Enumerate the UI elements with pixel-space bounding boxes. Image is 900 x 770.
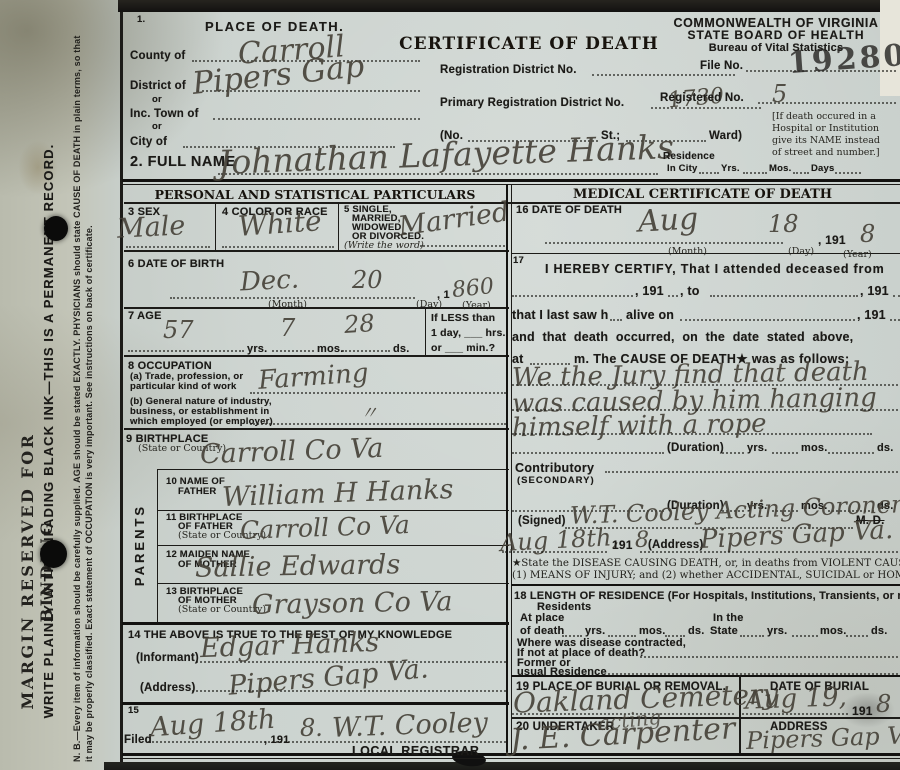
dotted-line — [793, 172, 809, 174]
dotted-line — [828, 452, 874, 454]
hospital-note-line4: of street and number.] — [772, 148, 880, 158]
undertaker-signature: J. E. Carpenter — [509, 714, 736, 756]
rule — [506, 184, 508, 753]
father-name-value: William H Hanks — [222, 476, 454, 511]
dob-month-value: Dec. — [239, 266, 299, 295]
filed-registrar-signature: W.T. Cooley — [332, 709, 489, 741]
age-less-note-2: 1 day, ___ hrs. — [431, 327, 506, 339]
rule — [124, 307, 509, 309]
hospital-note-line2: Hospital or Institution — [772, 124, 879, 134]
item-1-number: 1. — [137, 15, 145, 26]
rule — [157, 469, 158, 622]
margin-nb-text: N. B.—Every item of information should b… — [72, 27, 95, 762]
rule — [120, 12, 123, 762]
dotted-line — [740, 635, 764, 637]
dotted-line — [250, 423, 506, 425]
certify-line-4: and that death occurred, on the date sta… — [512, 330, 853, 344]
date-of-death-month: Aug — [637, 204, 699, 237]
age-yrs-label: yrs. — [247, 343, 267, 356]
mother-birthplace-value: Grayson Co Va — [252, 588, 453, 618]
dob-day-value: 20 — [352, 268, 383, 292]
duration1-ds: ds. — [877, 442, 894, 455]
date-of-death-year: 8 — [860, 222, 875, 246]
filed-year-value: 8. — [300, 716, 323, 740]
state-label: State — [710, 625, 738, 638]
dotted-line — [743, 172, 767, 174]
personal-section-title: PERSONAL AND STATISTICAL PARTICULARS — [150, 187, 480, 202]
rule — [122, 758, 900, 759]
dotted-line — [608, 673, 898, 675]
certify-alive-on: alive on — [626, 308, 674, 322]
dotted-line — [722, 452, 744, 454]
hospital-note-line1: [If death occured in a — [772, 112, 876, 122]
marital-value: Married — [397, 198, 511, 240]
dotted-line — [640, 551, 898, 553]
rule — [338, 202, 339, 250]
burial-year-value: 8 — [876, 692, 891, 716]
dod-month-caption: (Month) — [668, 247, 707, 257]
or-label: or — [152, 122, 162, 133]
duration1-mos: mos. — [801, 442, 827, 455]
dob-month-caption: (Month) — [268, 300, 307, 310]
color-race-value: White — [237, 207, 322, 241]
rule — [124, 428, 509, 430]
dotted-line — [545, 242, 783, 244]
dotted-line — [512, 433, 872, 435]
father-birthplace-value: Carroll Co Va — [240, 512, 410, 543]
medical-section-title: MEDICAL CERTIFICATE OF DEATH — [560, 187, 845, 202]
dotted-line — [792, 635, 818, 637]
rule — [122, 702, 509, 705]
filed-date-value: Aug 18th — [149, 706, 276, 742]
dotted-line — [592, 74, 735, 76]
occupation-a-label-2: particular kind of work — [130, 382, 236, 393]
dotted-line — [148, 741, 506, 743]
date-of-birth-label: 6 DATE OF BIRTH — [128, 258, 224, 271]
registered-no-value: 5 — [772, 82, 787, 106]
dotted-line — [772, 452, 798, 454]
dob-year-printed: , 1 — [437, 289, 450, 302]
age-label: 7 AGE — [128, 310, 162, 323]
informant-value: Edgar Hanks — [200, 629, 380, 662]
dotted-line — [128, 350, 244, 352]
rule — [124, 250, 509, 252]
signed-year-value: 8 — [635, 530, 649, 552]
certify-to: , to — [680, 284, 700, 298]
district-label: District of — [130, 80, 186, 93]
residence-yrs1: yrs. — [585, 625, 605, 638]
cause-of-death-line3: himself with a rope — [512, 411, 767, 441]
dotted-line — [710, 295, 858, 297]
informant-label: (Informant) — [136, 652, 199, 665]
footnote-line1: ★State the DISEASE CAUSING DEATH, or, in… — [512, 557, 900, 569]
dotted-line — [342, 350, 390, 352]
footnote-line2: (1) MEANS OF INJURY; and (2) whether ACC… — [512, 569, 900, 581]
residence-ds2: ds. — [871, 625, 888, 638]
death-certificate-scan: MARGIN RESERVED FOR BINDING WRITE PLAINL… — [0, 0, 900, 770]
date-of-death-day: 18 — [768, 212, 799, 236]
occupation-b-ditto: 〃 — [360, 405, 378, 423]
inc-town-label: Inc. Town of — [130, 108, 199, 121]
item-17-number: 17 — [513, 256, 524, 267]
certify-191-c: , 191 — [857, 308, 886, 322]
residence-yrs2: yrs. — [767, 625, 787, 638]
age-mos-label: mos. — [317, 343, 343, 356]
age-years-value: 57 — [163, 318, 194, 342]
dotted-line — [126, 246, 210, 248]
at-place-label: At place — [520, 612, 564, 625]
dotted-line — [420, 245, 505, 247]
dotted-line — [605, 471, 898, 473]
parents-vertical-label: PARENTS — [133, 495, 148, 595]
of-death-label: of death — [520, 625, 564, 638]
contributory-label: Contributory — [515, 461, 594, 475]
in-the-label: In the — [713, 612, 744, 625]
dotted-line — [222, 246, 334, 248]
residence-mos-label: Mos. — [769, 164, 791, 175]
sex-value: Male — [116, 212, 186, 243]
duration-label-1: (Duration) — [667, 442, 724, 455]
informant-address-label: (Address) — [140, 682, 195, 695]
dotted-line — [502, 551, 607, 553]
residence-days-label: Days — [811, 164, 835, 175]
registration-district-label: Registration District No. — [440, 64, 577, 77]
residence-label: Residence — [663, 151, 715, 163]
dotted-line — [742, 713, 848, 715]
city-label: City of — [130, 136, 167, 149]
residence-mos1: mos. — [639, 625, 665, 638]
file-no-label: File No. — [700, 60, 743, 73]
dotted-line — [250, 392, 506, 394]
age-less-note-3: or ___ min.? — [431, 342, 495, 354]
bottom-photo-edge — [104, 762, 900, 770]
dotted-line — [680, 319, 855, 321]
certify-line-3: that I last saw h — [512, 308, 608, 322]
rule — [124, 202, 900, 204]
age-ds-label: ds. — [393, 343, 410, 356]
full-name-value: Johnathan Lafayette Hanks — [218, 130, 675, 179]
dod-day-caption: (Day) — [788, 247, 814, 257]
undertaker-address-value: Pipers Gap Va — [746, 723, 900, 753]
age-months-value: 7 — [280, 316, 295, 340]
dotted-line — [610, 319, 622, 321]
rule — [122, 622, 509, 625]
certify-line-1: I HEREBY CERTIFY, That I attended deceas… — [545, 262, 885, 276]
rule — [511, 184, 512, 753]
age-less-note-1: If LESS than — [431, 312, 495, 324]
dotted-line — [512, 452, 664, 454]
burial-date-value: Aug 19, — [745, 684, 848, 714]
marital-write-word: (Write the word) — [344, 241, 424, 251]
signed-year-printed: 191 — [612, 539, 633, 553]
mother-maiden-value: Sallie Edwards — [195, 551, 401, 582]
dotted-line — [512, 295, 633, 297]
dob-year-caption: (Year) — [462, 301, 491, 311]
residence-yrs-label: Yrs. — [721, 164, 740, 175]
local-registrar-label: LOCAL REGISTRAR — [352, 744, 479, 758]
rule — [157, 545, 509, 546]
primary-registration-label: Primary Registration District No. — [440, 97, 624, 110]
age-days-value: 28 — [343, 311, 375, 337]
dotted-line — [835, 172, 861, 174]
dotted-line — [890, 319, 900, 321]
dotted-line — [668, 295, 678, 297]
father-name-label-2: FATHER — [178, 487, 217, 498]
duration1-yrs: yrs. — [747, 442, 767, 455]
dotted-line — [192, 690, 506, 692]
dotted-line — [213, 118, 420, 120]
date-of-death-label: 16 DATE OF DEATH — [516, 204, 622, 217]
burial-year-printed: 191 — [852, 705, 873, 719]
hospital-note-line3: give its NAME instead — [772, 136, 880, 146]
or-label: or — [152, 95, 162, 106]
item-15-number: 15 — [128, 706, 139, 717]
certify-191-b: , 191 — [860, 284, 889, 298]
dotted-line — [699, 172, 719, 174]
in-city-label: In City — [667, 164, 697, 175]
birthplace-value: Carroll Co Va — [200, 435, 384, 468]
dotted-line — [893, 295, 900, 297]
margin-ink-text: WRITE PLAINLY WITH UNFADING BLACK INK—TH… — [42, 102, 57, 760]
occupation-a-value: Farming — [257, 360, 369, 394]
registered-no-label: Registered No. — [660, 92, 744, 105]
punch-hole-top — [44, 216, 68, 241]
secondary-label: (SECONDARY) — [517, 476, 595, 487]
dob-year-value: 860 — [451, 276, 495, 302]
former-residence-label2: usual Residence — [517, 666, 607, 679]
dotted-line — [272, 350, 314, 352]
ward-label: Ward) — [709, 130, 742, 143]
top-photo-edge — [118, 0, 882, 12]
residence-ds1: ds. — [688, 625, 705, 638]
rule — [215, 202, 216, 250]
rule — [511, 584, 900, 586]
dotted-line — [640, 656, 898, 658]
county-label: County of — [130, 50, 185, 63]
rule — [425, 307, 426, 355]
punch-hole-bottom — [40, 540, 67, 568]
certify-191-a: , 191 — [635, 284, 664, 298]
certificate-title: CERTIFICATE OF DEATH — [398, 34, 660, 54]
dod-year-printed: , 191 — [818, 234, 846, 248]
residence-mos2: mos. — [820, 625, 846, 638]
dotted-line — [846, 635, 868, 637]
district-value: Pipers Gap — [191, 51, 366, 100]
dod-year-caption: (Year) — [843, 250, 872, 260]
